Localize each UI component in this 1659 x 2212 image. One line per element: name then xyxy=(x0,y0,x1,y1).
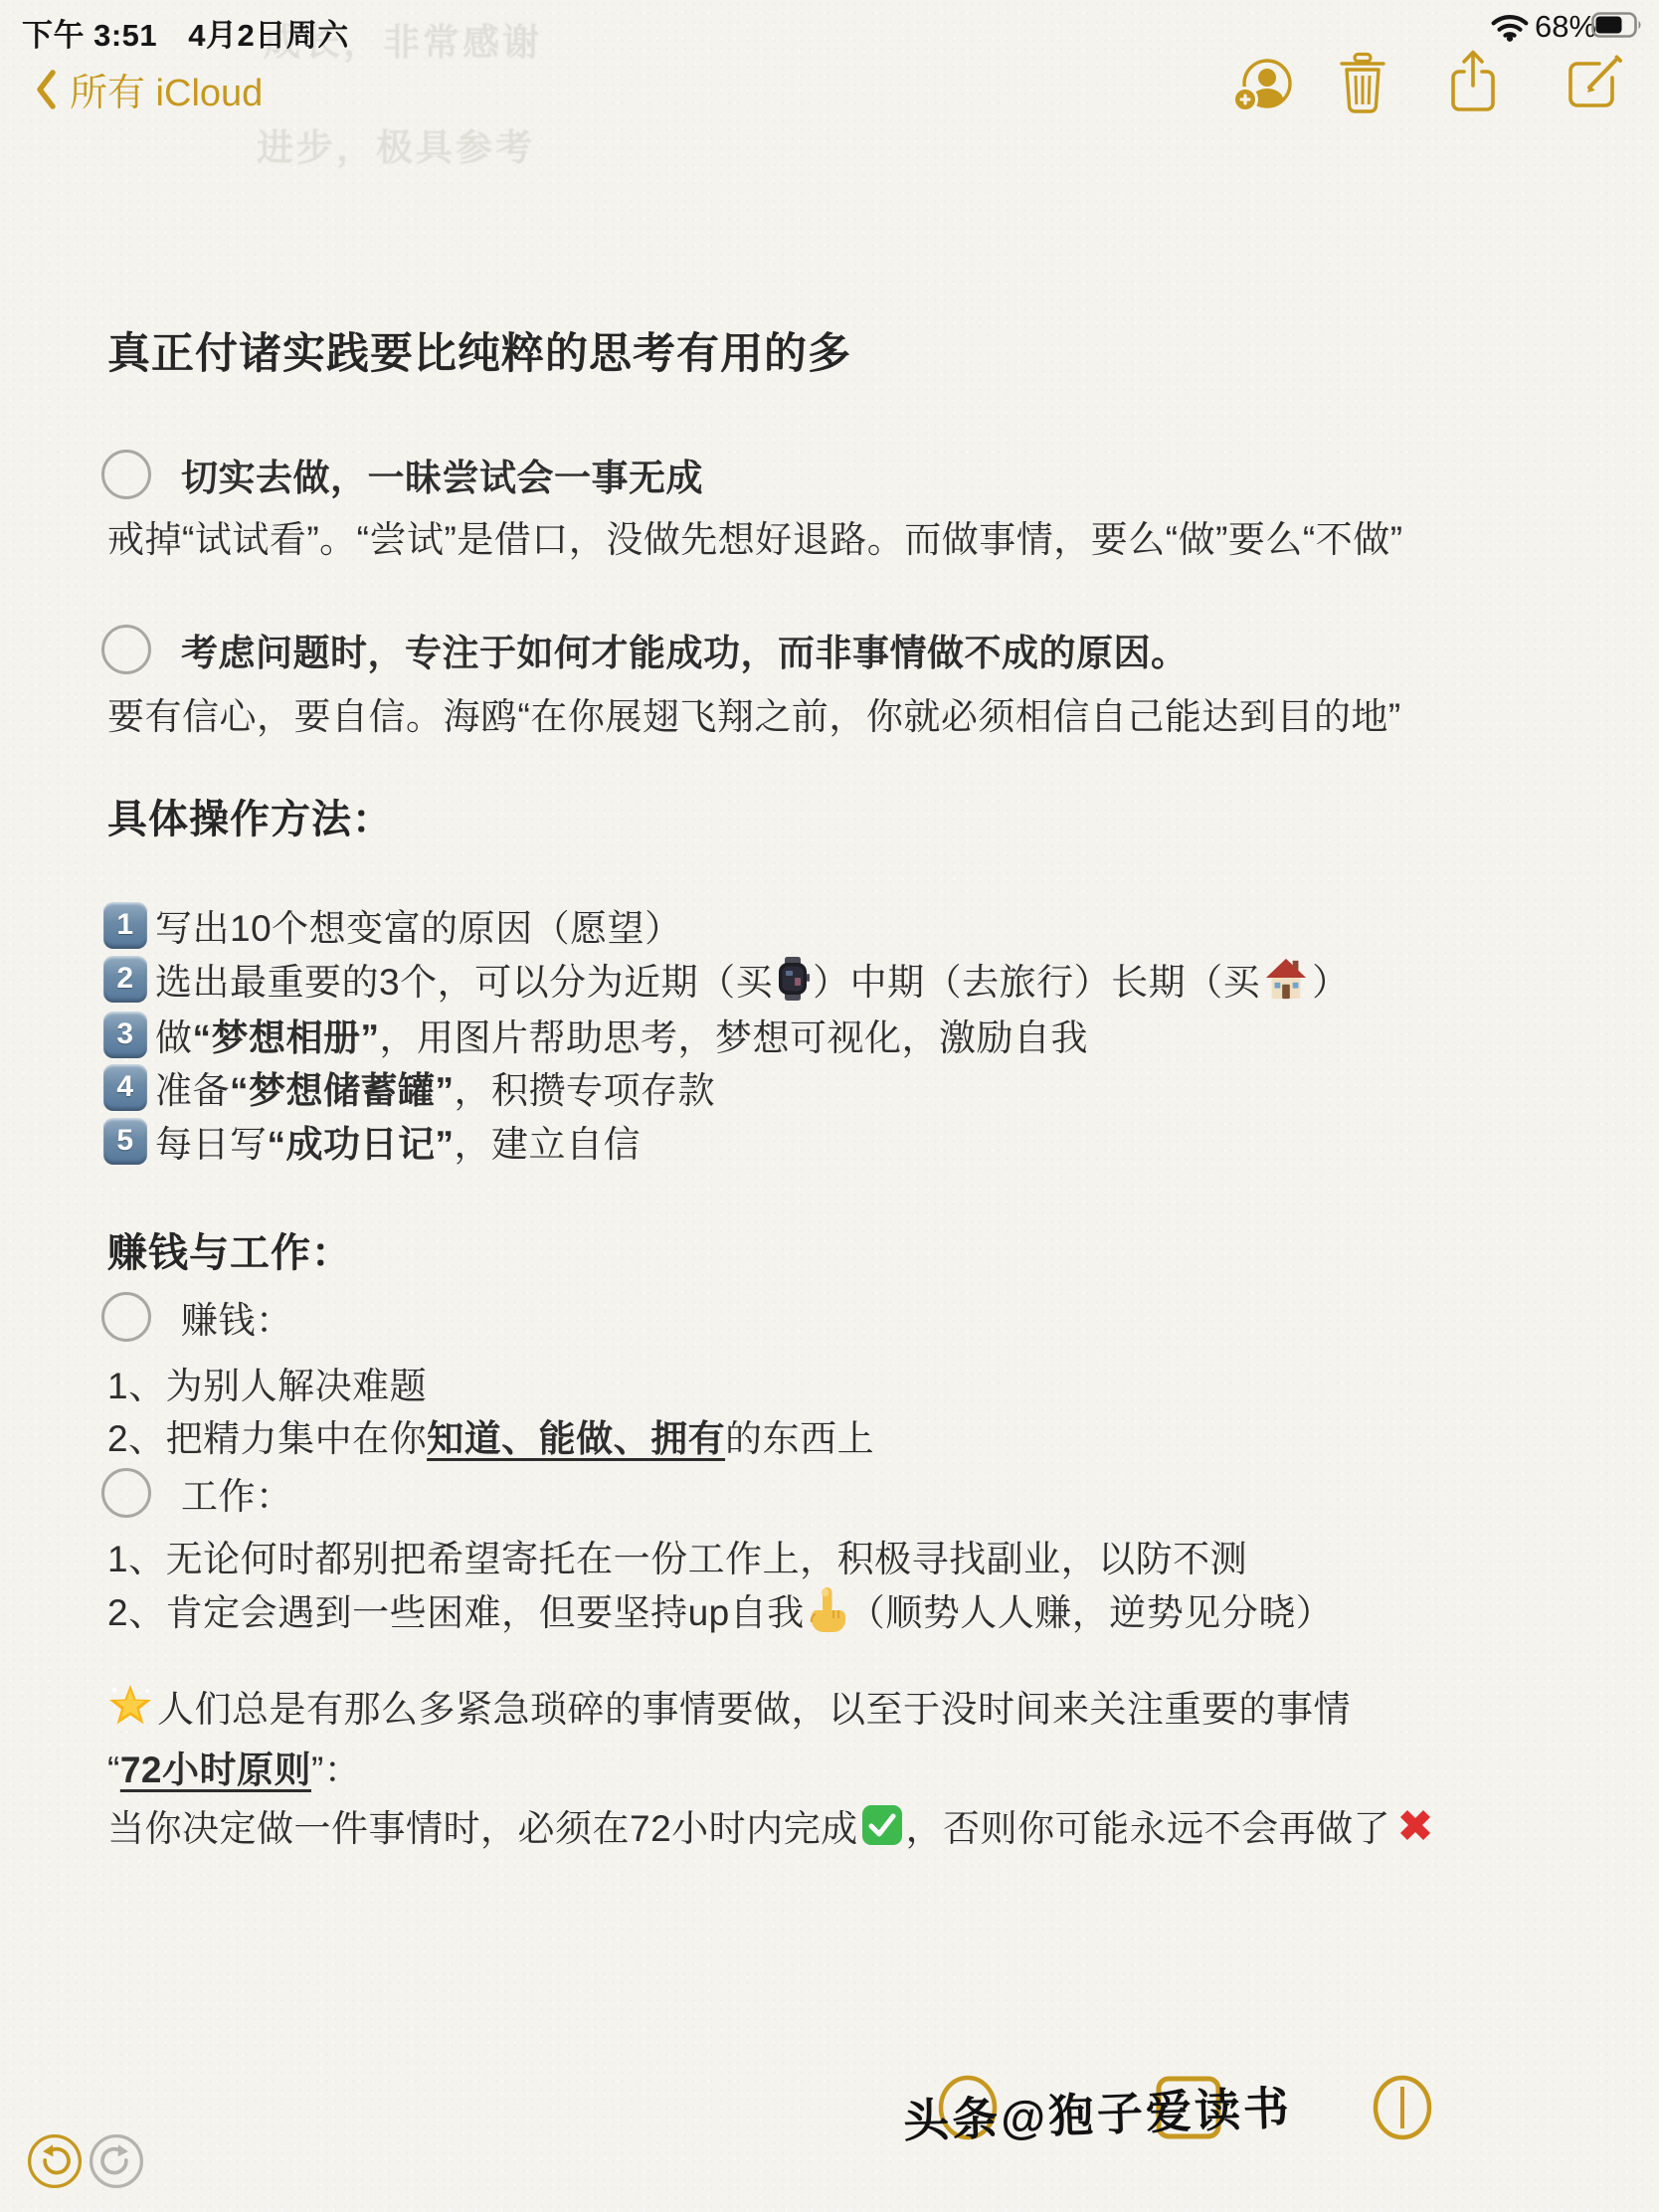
redo-icon[interactable] xyxy=(88,2132,145,2190)
watch-emoji xyxy=(776,956,810,1002)
status-date: 4月2日周六 xyxy=(188,18,348,53)
wifi-icon xyxy=(1490,11,1530,43)
paragraph: 要有信心，要自信。海鸥“在你展翅飞翔之前，你就必须相信自己能达到目的地” xyxy=(107,686,1401,740)
checkbox-circle[interactable] xyxy=(101,1292,151,1342)
note-title: 真正付诸实践要比纯粹的思考有用的多 xyxy=(107,320,851,381)
battery-icon xyxy=(1591,12,1643,38)
compose-icon[interactable] xyxy=(1564,52,1627,113)
paragraph: 1、无论何时都别把希望寄托在一份工作上，积极寻找副业，以防不测 xyxy=(107,1529,1247,1582)
keycap-2-icon: 2 xyxy=(103,956,147,1003)
paragraph: 1、为别人解决难题 xyxy=(107,1356,427,1409)
cross-mark-emoji xyxy=(1393,1803,1437,1847)
keycap-5-icon: 5 xyxy=(103,1118,147,1165)
checklist-item-do-it: 切实去做，一昧尝试会一事无成 xyxy=(101,448,703,501)
pointing-up-emoji xyxy=(808,1586,845,1632)
battery-percent: 68% xyxy=(1535,9,1596,45)
checkbox-circle[interactable] xyxy=(101,1468,151,1518)
section-heading-money-work: 赚钱与工作： xyxy=(107,1221,352,1278)
checklist-label: 工作： xyxy=(181,1466,293,1520)
watermark-area: 头条@狍子爱读书 xyxy=(875,2067,1532,2156)
house-emoji xyxy=(1263,957,1309,1001)
watermark-text: 头条@狍子爱读书 xyxy=(902,2072,1293,2151)
ghost-text-line2: 进步，极具参考 xyxy=(257,117,535,171)
undo-icon[interactable] xyxy=(26,2132,84,2190)
back-button[interactable]: 所有 iCloud xyxy=(34,62,263,116)
section-heading-methods: 具体操作方法： xyxy=(107,788,393,844)
status-bar-left: 下午 3:51 4月2日周六 xyxy=(22,10,349,55)
trash-icon[interactable] xyxy=(1338,52,1387,115)
toolbar-round-icon xyxy=(1371,2075,1434,2140)
keycap-3-icon: 3 xyxy=(103,1012,147,1058)
add-collaborator-icon[interactable] xyxy=(1229,54,1299,115)
back-chevron-icon xyxy=(34,69,58,110)
list-item-step2: 2 选出最重要的3个，可以分为近期（买 ）中期（去旅行）长期（买 ） xyxy=(103,952,1350,1006)
back-button-label: 所有 iCloud xyxy=(70,62,263,116)
check-mark-emoji xyxy=(861,1804,903,1846)
list-item-step3: 3 做“梦想相册”，用图片帮助思考，梦想可视化，激励自我 xyxy=(103,1008,1088,1061)
checkbox-circle[interactable] xyxy=(101,625,151,674)
keycap-4-icon: 4 xyxy=(103,1064,147,1111)
paragraph: 2、把精力集中在你知道、能做、拥有的东西上 xyxy=(107,1408,874,1462)
checklist-item-money: 赚钱： xyxy=(101,1290,293,1344)
checklist-label: 切实去做，一昧尝试会一事无成 xyxy=(181,448,703,501)
paragraph-rule: “72小时原则”： xyxy=(107,1740,361,1793)
checklist-item-work: 工作： xyxy=(101,1466,293,1520)
checklist-label: 赚钱： xyxy=(181,1290,293,1344)
list-item-step4: 4 准备“梦想储蓄罐”，积攒专项存款 xyxy=(103,1060,715,1114)
paragraph: 戒掉“试试看”。“尝试”是借口，没做先想好退路。而做事情，要么“做”要么“不做” xyxy=(107,509,1403,563)
list-item-step1: 1 写出10个想变富的原因（愿望） xyxy=(103,898,682,952)
share-icon[interactable] xyxy=(1447,48,1499,115)
list-item-step5: 5 每日写“成功日记”，建立自信 xyxy=(103,1114,641,1168)
checkbox-circle[interactable] xyxy=(101,450,151,499)
paragraph: 2、肯定会遇到一些困难，但要坚持up自我 （顺势人人赚，逆势见分晓） xyxy=(107,1582,1333,1636)
clock-time: 下午 3:51 xyxy=(22,18,157,53)
star-emoji xyxy=(106,1682,154,1730)
notes-app-page: 成长，非常感谢 进步，极具参考 下午 3:51 4月2日周六 68% 所有 iC… xyxy=(0,0,1659,2212)
paragraph-tip: 人们总是有那么多紧急琐碎的事情要做，以至于没时间来关注重要的事情 xyxy=(103,1679,1351,1733)
keycap-1-icon: 1 xyxy=(103,902,147,949)
paragraph-final: 当你决定做一件事情时，必须在72小时内完成 ，否则你可能永远不会再做了 xyxy=(107,1798,1440,1852)
checklist-label: 考虑问题时，专注于如何才能成功，而非事情做不成的原因。 xyxy=(181,623,1189,676)
checklist-item-focus-success: 考虑问题时，专注于如何才能成功，而非事情做不成的原因。 xyxy=(101,623,1189,676)
